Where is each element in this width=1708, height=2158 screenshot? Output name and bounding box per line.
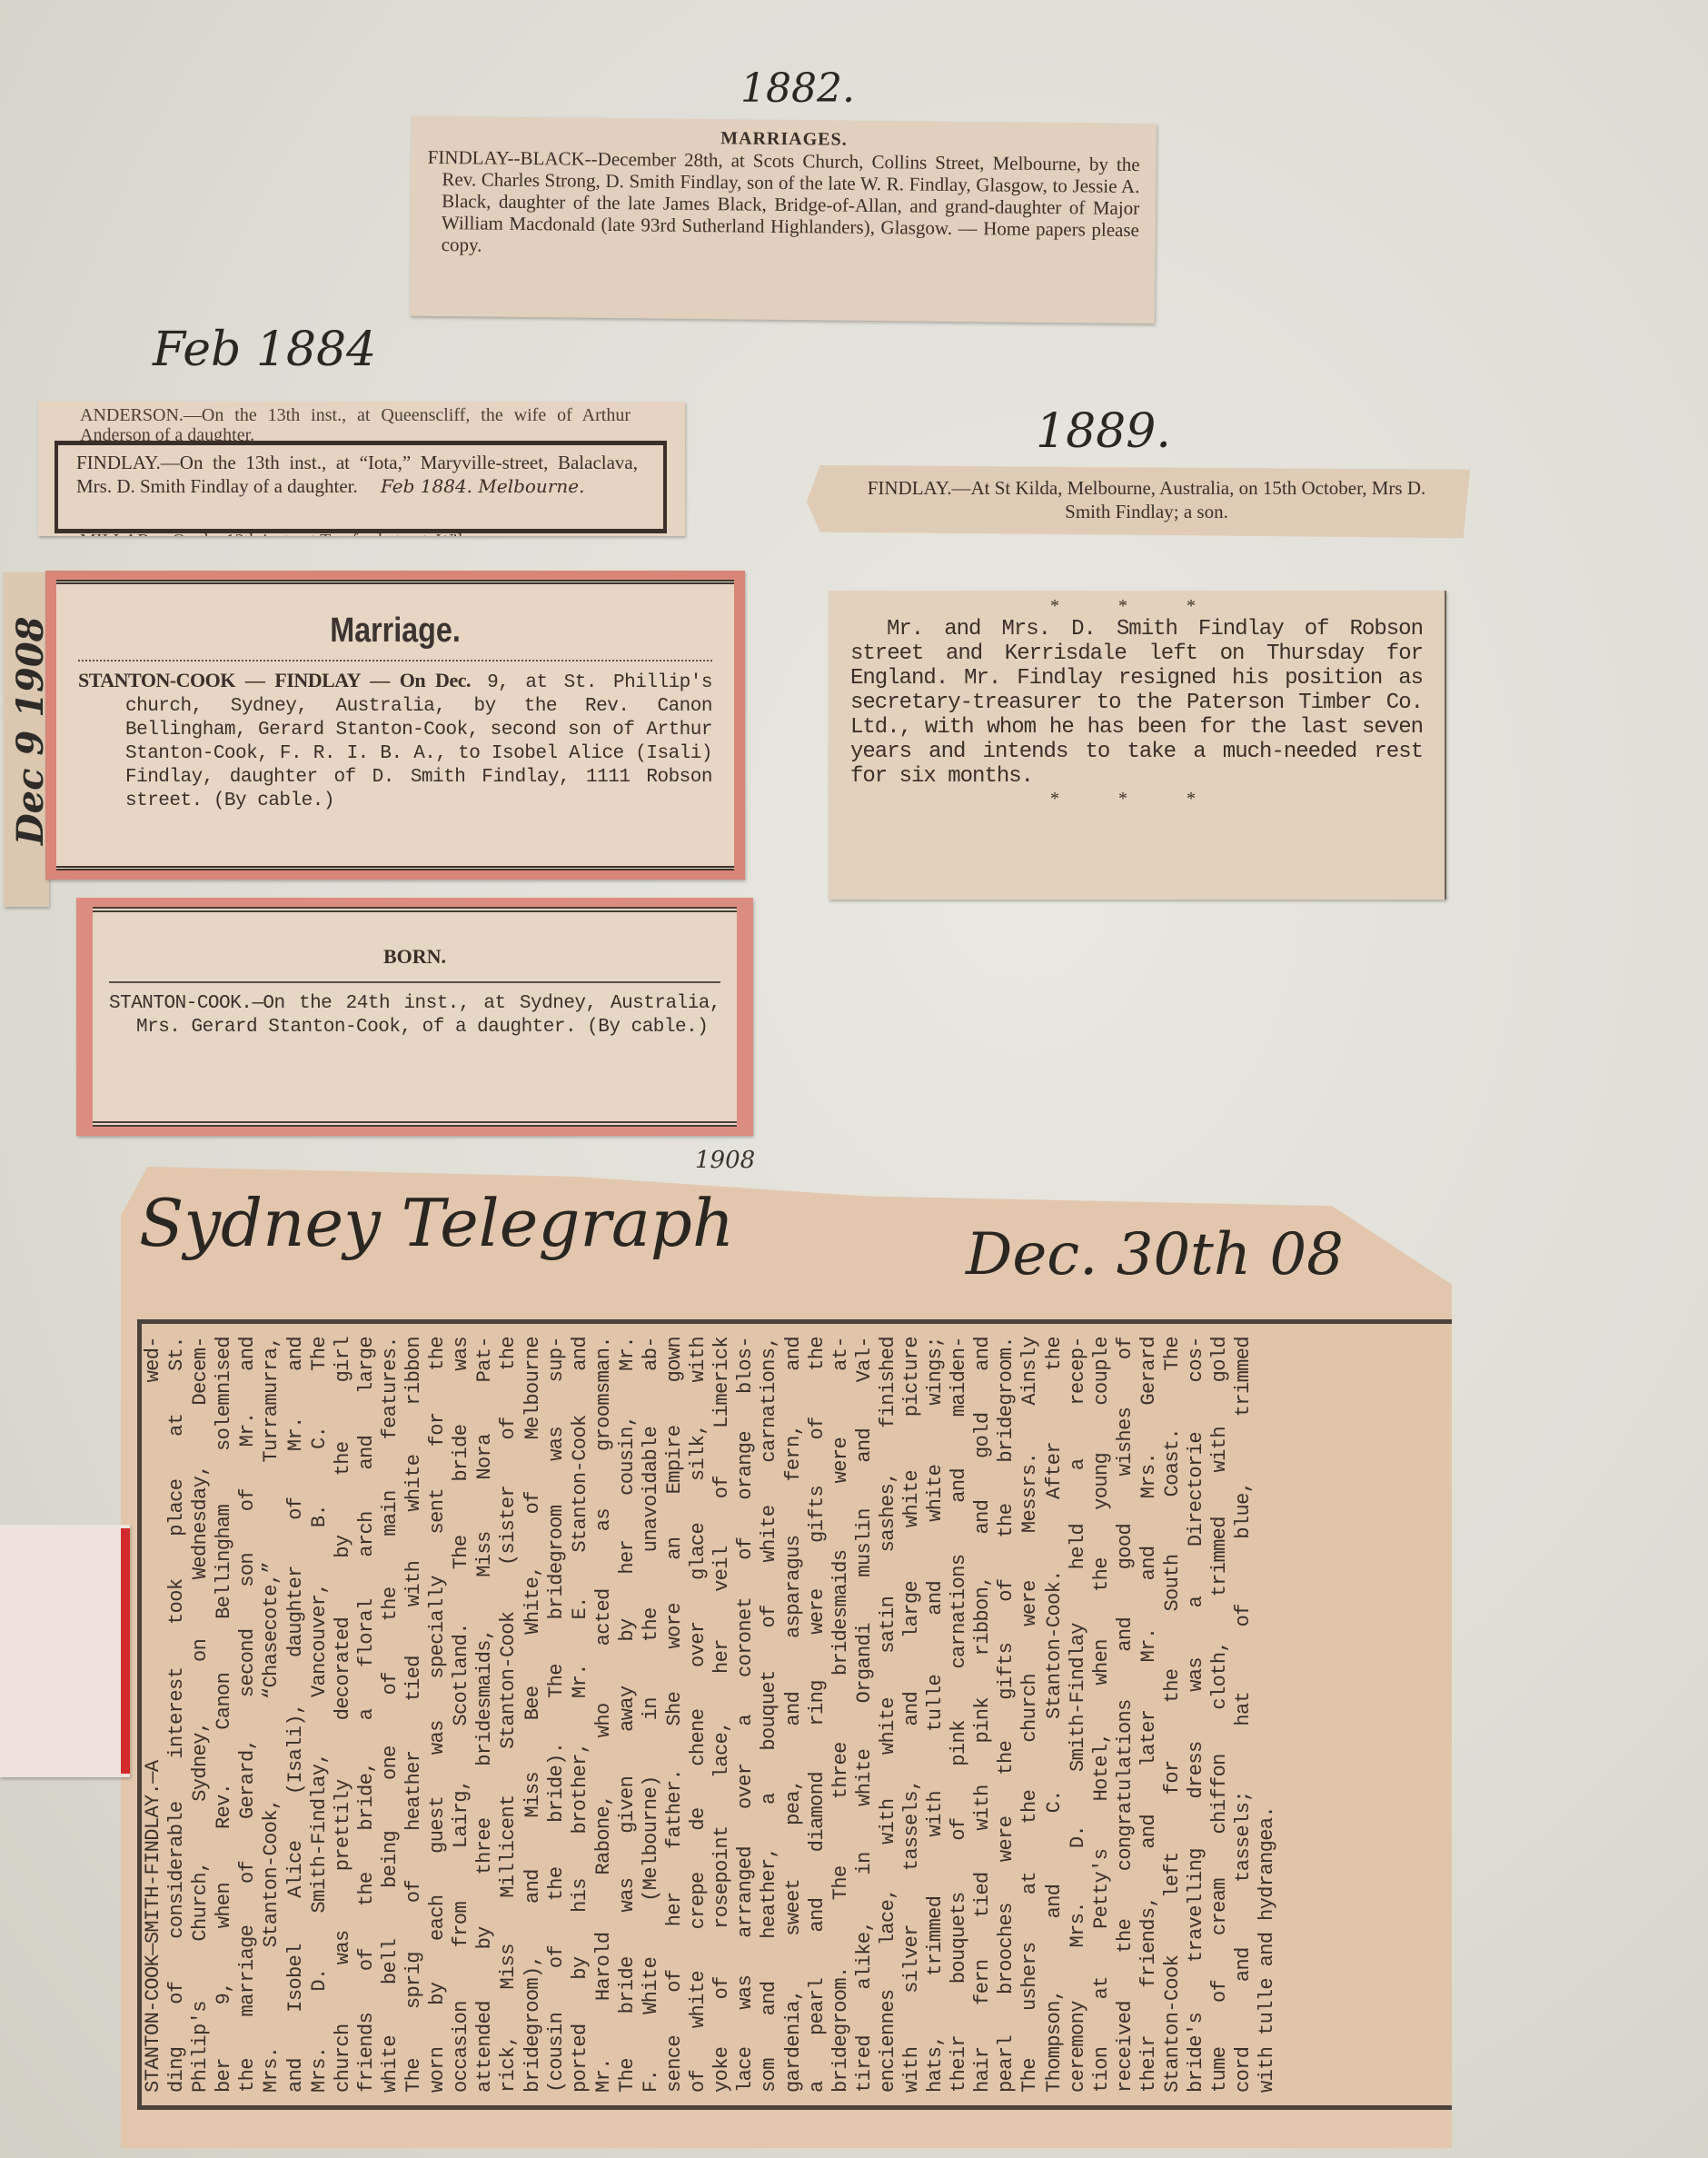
handwritten-date-feb-1884: Feb 1884	[153, 323, 376, 377]
article-line: a pearl and diamond ring were gifts of t…	[806, 1337, 829, 2093]
article-line: the marriage of Gerard, second son of Mr…	[236, 1337, 260, 2093]
clipping-born-notice: BORN. STANTON-COOK.—On the 24th inst., a…	[76, 898, 753, 1136]
handwritten-year-1889: 1889.	[1036, 404, 1171, 459]
article-line: rick, Miss Millicent Stanton-Cook (siste…	[497, 1337, 521, 2093]
adhesive-tape	[0, 1525, 130, 1777]
handwritten-year-1882: 1882.	[740, 65, 855, 112]
article-line: The bride was given away by her cousin, …	[616, 1337, 640, 2093]
article-wedding-report: STANTON-COOK—SMITH-FINDLAY.—A wed- ding …	[137, 1319, 1455, 2110]
article-rotated-text: STANTON-COOK—SMITH-FINDLAY.—A wed- ding …	[142, 1324, 1432, 2105]
article-line: Mrs. Stanton-Cook, “Chasecote,” Turramur…	[260, 1337, 283, 2093]
divider	[109, 981, 720, 983]
handwritten-source-sydney-telegraph: Sydney Telegraph	[139, 1185, 734, 1261]
article-line: hats, trimmed with tulle and white wings…	[924, 1337, 948, 2093]
article-line: bride's travelling dress was a Directori…	[1185, 1337, 1208, 2093]
article-line: Thompson, and C. Stanton-Cook. After the	[1043, 1337, 1067, 2093]
article-line: yoke of rosepoint lace, her veil of Lime…	[710, 1337, 734, 2093]
article-line: ported by his brother, Mr. E. Stanton-Co…	[569, 1337, 592, 2093]
article-line: som and heather, a bouquet of white carn…	[758, 1337, 781, 2093]
clipping-names: STANTON-COOK — FINDLAY — On Dec.	[78, 669, 471, 691]
article-line: received the congratulations and good wi…	[1114, 1337, 1137, 2093]
article-line: attended by three bridesmaids, Miss Nora…	[473, 1337, 497, 2093]
divider	[78, 660, 712, 661]
article-line: and Isobel Alice (Isali), daughter of Mr…	[284, 1337, 308, 2093]
ornament-stars-top: * * *	[850, 596, 1423, 617]
article-line: lace was arranged over a coronet of oran…	[734, 1337, 758, 2093]
article-line: tion at Petty's Hotel, when the young co…	[1090, 1337, 1114, 2093]
article-line: white bell being one of the main feature…	[379, 1337, 402, 2093]
article-line: worn by each guest was specially sent fo…	[426, 1337, 450, 2093]
article-line: with silver tassels, and large white pic…	[900, 1337, 924, 2093]
article-line: their bouquets of pink carnations and ma…	[948, 1337, 971, 2093]
clipping-birth-1889: FINDLAY.—At St Kilda, Melbourne, Austral…	[807, 465, 1470, 538]
article-line: ber 9, when Rev. Canon Bellingham solemn…	[213, 1337, 236, 2093]
article-line: sence of her father. She wore an Empire …	[663, 1337, 687, 2093]
article-line: Stanton-Cook left for the South Coast. T…	[1161, 1337, 1185, 2093]
article-line: their friends, and later Mr. and Mrs. Ge…	[1137, 1337, 1161, 2093]
clipping-text: 9, at St. Phillip's church, Sydney, Aust…	[125, 672, 712, 811]
article-line: F. White (Melbourne) in the unavoidable …	[640, 1337, 663, 2093]
article-line: ding of considerable interest took place…	[165, 1337, 189, 2093]
article-line: church was prettily decorated by the gir…	[332, 1337, 355, 2093]
clipping-departure-notice: * * * Mr. and Mrs. D. Smith Findlay of R…	[829, 591, 1446, 900]
handwritten-date-dec-30-08: Dec. 30th 08	[966, 1221, 1344, 1288]
article-line: occasion from Lairg, Scotland. The bride…	[450, 1337, 473, 2093]
article-line: friends of the bride, a floral arch and …	[355, 1337, 379, 2093]
article-line: STANTON-COOK—SMITH-FINDLAY.—A wed-	[142, 1337, 165, 2093]
article-line: tume of cream chiffon cloth, trimmed wit…	[1208, 1337, 1232, 2093]
article-line: with tulle and hydrangea.	[1256, 1337, 1279, 2093]
clipping-text: FINDLAY.—At St Kilda, Melbourne, Austral…	[868, 477, 1426, 522]
clipping-highlight-box: FINDLAY.—On the 13th inst., at “Iota,” M…	[55, 441, 667, 533]
ornament-stars-bottom: * * *	[850, 789, 1423, 810]
clipping-text: STANTON-COOK.—On the 24th inst., at Sydn…	[109, 992, 720, 1039]
clipping-title: BORN.	[109, 945, 720, 969]
clipping-previous-entry: ANDERSON.—On the 13th inst., at Queenscl…	[38, 402, 685, 445]
clipping-birth-1884: ANDERSON.—On the 13th inst., at Queenscl…	[38, 402, 685, 536]
article-line: gardenia, sweet pea, and asparagus fern,…	[782, 1337, 806, 2093]
handwritten-year-1908-faint: 1908	[695, 1147, 755, 1174]
article-line: enciennes lace, with white satin sashes,…	[877, 1337, 900, 2093]
tape-red-stripe	[121, 1528, 130, 1774]
article-line: pearl brooches were the gifts of the bri…	[995, 1337, 1018, 2093]
article-line: The sprig of heather tied with white rib…	[402, 1337, 426, 2093]
article-line: bridegroom. The three bridesmaids were a…	[829, 1337, 853, 2093]
article-line: Philip's Church, Sydney, on Wednesday, D…	[189, 1337, 213, 2093]
article-line: The ushers at the church were Messrs. Ai…	[1018, 1337, 1042, 2093]
clipping-text: Mr. and Mrs. D. Smith Findlay of Robson …	[850, 617, 1423, 789]
article-line: tired alike, in white Organdi muslin and…	[853, 1337, 877, 2093]
article-line: bridegroom), and Miss Bee White, of Melb…	[521, 1337, 545, 2093]
article-line: ceremony Mrs. D. Smith-Findlay held a re…	[1067, 1337, 1090, 2093]
clipping-marriage-1908: Marriage. STANTON-COOK — FINDLAY — On De…	[45, 571, 745, 880]
clipping-sydney-telegraph: Sydney Telegraph Dec. 30th 08 STANTON-CO…	[121, 1167, 1452, 2148]
clipping-marriages-1882: MARRIAGES. FINDLAY--BLACK--December 28th…	[410, 116, 1157, 324]
article-line: Mr. Harold Rabone, who acted as groomsma…	[592, 1337, 616, 2093]
clipping-title: Marriage.	[125, 612, 664, 651]
handwritten-strip: Dec 9 1908	[4, 572, 49, 907]
article-line: cord and tassels; hat of blue, trimmed	[1232, 1337, 1256, 2093]
article-line: hair fern tied with pink ribbon, and gol…	[971, 1337, 995, 2093]
article-line: (cousin of the bride). The bridegroom wa…	[545, 1337, 569, 2093]
clipping-next-entry: MILLAR.—On the 13th inst., at Twyford-st…	[80, 531, 462, 536]
article-line: Mrs. D. Smith-Findlay, Vancouver, B. C. …	[308, 1337, 332, 2093]
article-line: of white crepe de chene over glace silk,…	[687, 1337, 710, 2093]
clipping-text: FINDLAY--BLACK--December 28th, at Scots …	[427, 146, 1140, 263]
handwritten-annotation: Feb 1884. Melbourne.	[381, 475, 584, 497]
